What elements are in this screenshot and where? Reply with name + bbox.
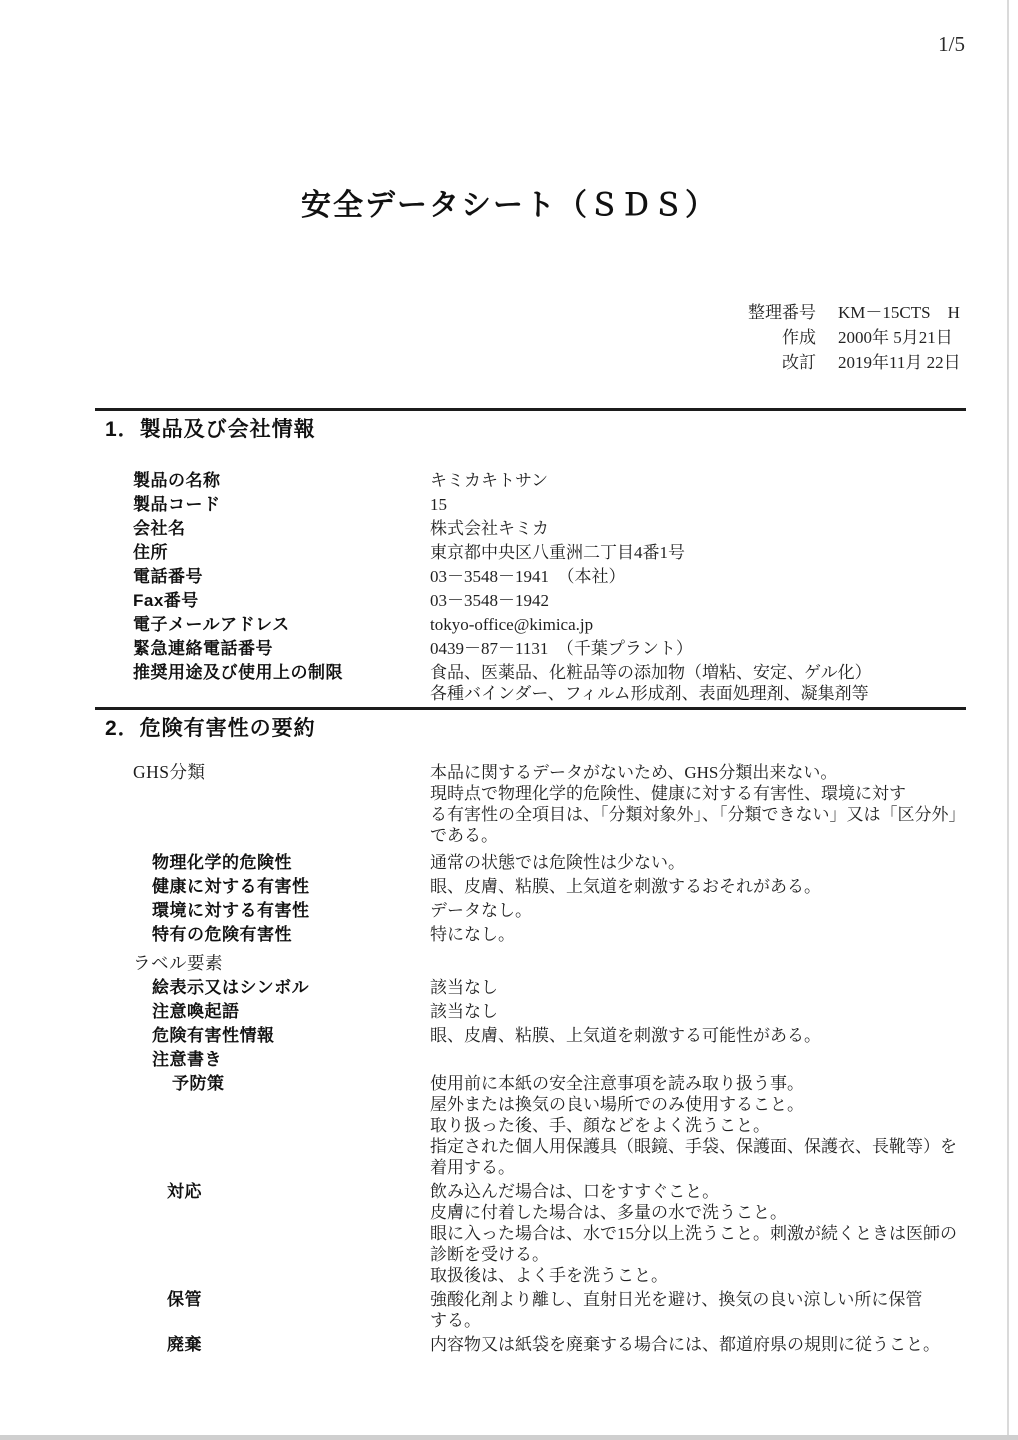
field-row-precautionary-statements: 注意書き <box>133 1049 966 1070</box>
meta-value: 2019年11月 22日 <box>838 350 961 375</box>
field-value: 内容物又は紙袋を廃棄する場合には、都道府県の規則に従うこと。 <box>430 1334 966 1355</box>
field-label: 製品の名称 <box>133 470 430 491</box>
section-1-heading: 1．製品及び会社情報 <box>95 411 966 443</box>
field-label: 推奨用途及び使用上の制限 <box>133 662 430 683</box>
field-row-physical-hazard: 物理化学的危険性 通常の状態では危険性は少ない。 <box>133 852 966 873</box>
field-value: 本品に関するデータがないため、GHS分類出来ない。 現時点で物理化学的危険性、健… <box>430 762 966 846</box>
field-row-response: 対応 飲み込んだ場合は、口をすすぐこと。 皮膚に付着した場合は、多量の水で洗うこ… <box>133 1181 966 1286</box>
field-row-fax-number: Fax番号 03－3548－1942 <box>133 590 966 611</box>
field-value: 該当なし <box>430 977 966 998</box>
field-row-email: 電子メールアドレス tokyo-office@kimica.jp <box>133 614 966 635</box>
field-label: Fax番号 <box>133 590 430 611</box>
field-row-signal-word: 注意喚起語 該当なし <box>133 1001 966 1022</box>
field-label: 絵表示又はシンボル <box>133 977 430 998</box>
section-1: 1．製品及び会社情報 <box>95 408 966 443</box>
field-label: GHS分類 <box>133 762 430 783</box>
field-row-product-code: 製品コード 15 <box>133 494 966 515</box>
field-row-pictogram: 絵表示又はシンボル 該当なし <box>133 977 966 998</box>
field-row-address: 住所 東京都中央区八重洲二丁目4番1号 <box>133 542 966 563</box>
field-row-emergency-phone: 緊急連絡電話番号 0439－87－1131 （千葉プラント） <box>133 638 966 659</box>
section-2-rows: GHS分類 本品に関するデータがないため、GHS分類出来ない。 現時点で物理化学… <box>133 762 966 1355</box>
field-label: 健康に対する有害性 <box>133 876 430 897</box>
field-row-prevention: 予防策 使用前に本紙の安全注意事項を読み取り扱う事。 屋外または換気の良い場所で… <box>133 1073 966 1178</box>
field-label: 特有の危険有害性 <box>133 924 430 945</box>
field-row-specific-hazard: 特有の危険有害性 特になし。 <box>133 924 966 945</box>
document-title: 安全データシート（ＳＤＳ） <box>0 180 1018 224</box>
field-value: 該当なし <box>430 1001 966 1022</box>
field-row-hazard-statement: 危険有害性情報 眼、皮膚、粘膜、上気道を刺激する可能性がある。 <box>133 1025 966 1046</box>
field-row-health-hazard: 健康に対する有害性 眼、皮膚、粘膜、上気道を刺激するおそれがある。 <box>133 876 966 897</box>
field-label: 物理化学的危険性 <box>133 852 430 873</box>
field-label: 保管 <box>133 1289 430 1310</box>
field-row-product-name: 製品の名称 キミカキトサン <box>133 470 966 491</box>
document-meta: 整理番号 KM－15CTS H 作成 2000年 5月21日 改訂 2019年1… <box>746 300 961 375</box>
field-value: 特になし。 <box>430 924 966 945</box>
document-body: 1．製品及び会社情報 製品の名称 キミカキトサン 製品コード 15 会社名 株式… <box>95 408 966 1358</box>
page-edge-bottom <box>0 1435 1018 1440</box>
field-row-ghs-classification: GHS分類 本品に関するデータがないため、GHS分類出来ない。 現時点で物理化学… <box>133 762 966 846</box>
page-number: 1/5 <box>938 32 965 57</box>
meta-value: KM－15CTS H <box>838 300 960 325</box>
field-value: 通常の状態では危険性は少ない。 <box>430 852 966 873</box>
field-row-disposal: 廃棄 内容物又は紙袋を廃棄する場合には、都道府県の規則に従うこと。 <box>133 1334 966 1355</box>
field-label: 製品コード <box>133 494 430 515</box>
section-1-rows: 製品の名称 キミカキトサン 製品コード 15 会社名 株式会社キミカ 住所 東京… <box>133 470 966 704</box>
field-value: 03－3548－1941 （本社） <box>430 566 966 587</box>
field-label: 対応 <box>133 1181 430 1202</box>
field-value: 0439－87－1131 （千葉プラント） <box>430 638 966 659</box>
field-row-environmental-hazard: 環境に対する有害性 データなし。 <box>133 900 966 921</box>
page-edge-right <box>1007 0 1009 1440</box>
field-value: データなし。 <box>430 900 966 921</box>
field-label: 注意喚起語 <box>133 1001 430 1022</box>
section-2: 2．危険有害性の要約 <box>95 707 966 742</box>
field-value: 食品、医薬品、化粧品等の添加物（増粘、安定、ゲル化） 各種バインダー、フィルム形… <box>430 662 966 704</box>
field-label: 緊急連絡電話番号 <box>133 638 430 659</box>
section-2-heading: 2．危険有害性の要約 <box>95 710 966 742</box>
field-label: 環境に対する有害性 <box>133 900 430 921</box>
field-label: 会社名 <box>133 518 430 539</box>
field-value: 東京都中央区八重洲二丁目4番1号 <box>430 542 966 563</box>
meta-value: 2000年 5月21日 <box>838 325 953 350</box>
meta-label: 改訂 <box>746 350 816 375</box>
field-value: 株式会社キミカ <box>430 518 966 539</box>
field-value: 15 <box>430 494 966 515</box>
field-label: 住所 <box>133 542 430 563</box>
field-value: 飲み込んだ場合は、口をすすぐこと。 皮膚に付着した場合は、多量の水で洗うこと。 … <box>430 1181 966 1286</box>
field-value: キミカキトサン <box>430 470 966 491</box>
field-label: 廃棄 <box>133 1334 430 1355</box>
field-label: 注意書き <box>133 1049 430 1070</box>
field-value: 03－3548－1942 <box>430 590 966 611</box>
field-label: 予防策 <box>133 1073 430 1094</box>
meta-label: 作成 <box>746 325 816 350</box>
meta-row-revised-date: 改訂 2019年11月 22日 <box>746 350 961 375</box>
field-value: 眼、皮膚、粘膜、上気道を刺激する可能性がある。 <box>430 1025 966 1046</box>
field-label: 電子メールアドレス <box>133 614 430 635</box>
field-label: 危険有害性情報 <box>133 1025 430 1046</box>
field-value: tokyo-office@kimica.jp <box>430 614 966 635</box>
field-value: 使用前に本紙の安全注意事項を読み取り扱う事。 屋外または換気の良い場所でのみ使用… <box>430 1073 966 1178</box>
meta-label: 整理番号 <box>746 300 816 325</box>
meta-row-created-date: 作成 2000年 5月21日 <box>746 325 961 350</box>
field-row-label-elements: ラベル要素 <box>133 953 966 974</box>
field-label: 電話番号 <box>133 566 430 587</box>
field-row-company-name: 会社名 株式会社キミカ <box>133 518 966 539</box>
sds-page: 1/5 安全データシート（ＳＤＳ） 整理番号 KM－15CTS H 作成 200… <box>0 0 1018 1440</box>
field-row-phone-number: 電話番号 03－3548－1941 （本社） <box>133 566 966 587</box>
field-value: 眼、皮膚、粘膜、上気道を刺激するおそれがある。 <box>430 876 966 897</box>
field-label: ラベル要素 <box>133 953 430 974</box>
field-value: 強酸化剤より離し、直射日光を避け、換気の良い涼しい所に保管 する。 <box>430 1289 966 1331</box>
meta-row-reference-number: 整理番号 KM－15CTS H <box>746 300 961 325</box>
field-row-storage: 保管 強酸化剤より離し、直射日光を避け、換気の良い涼しい所に保管 する。 <box>133 1289 966 1331</box>
field-row-recommended-use: 推奨用途及び使用上の制限 食品、医薬品、化粧品等の添加物（増粘、安定、ゲル化） … <box>133 662 966 704</box>
